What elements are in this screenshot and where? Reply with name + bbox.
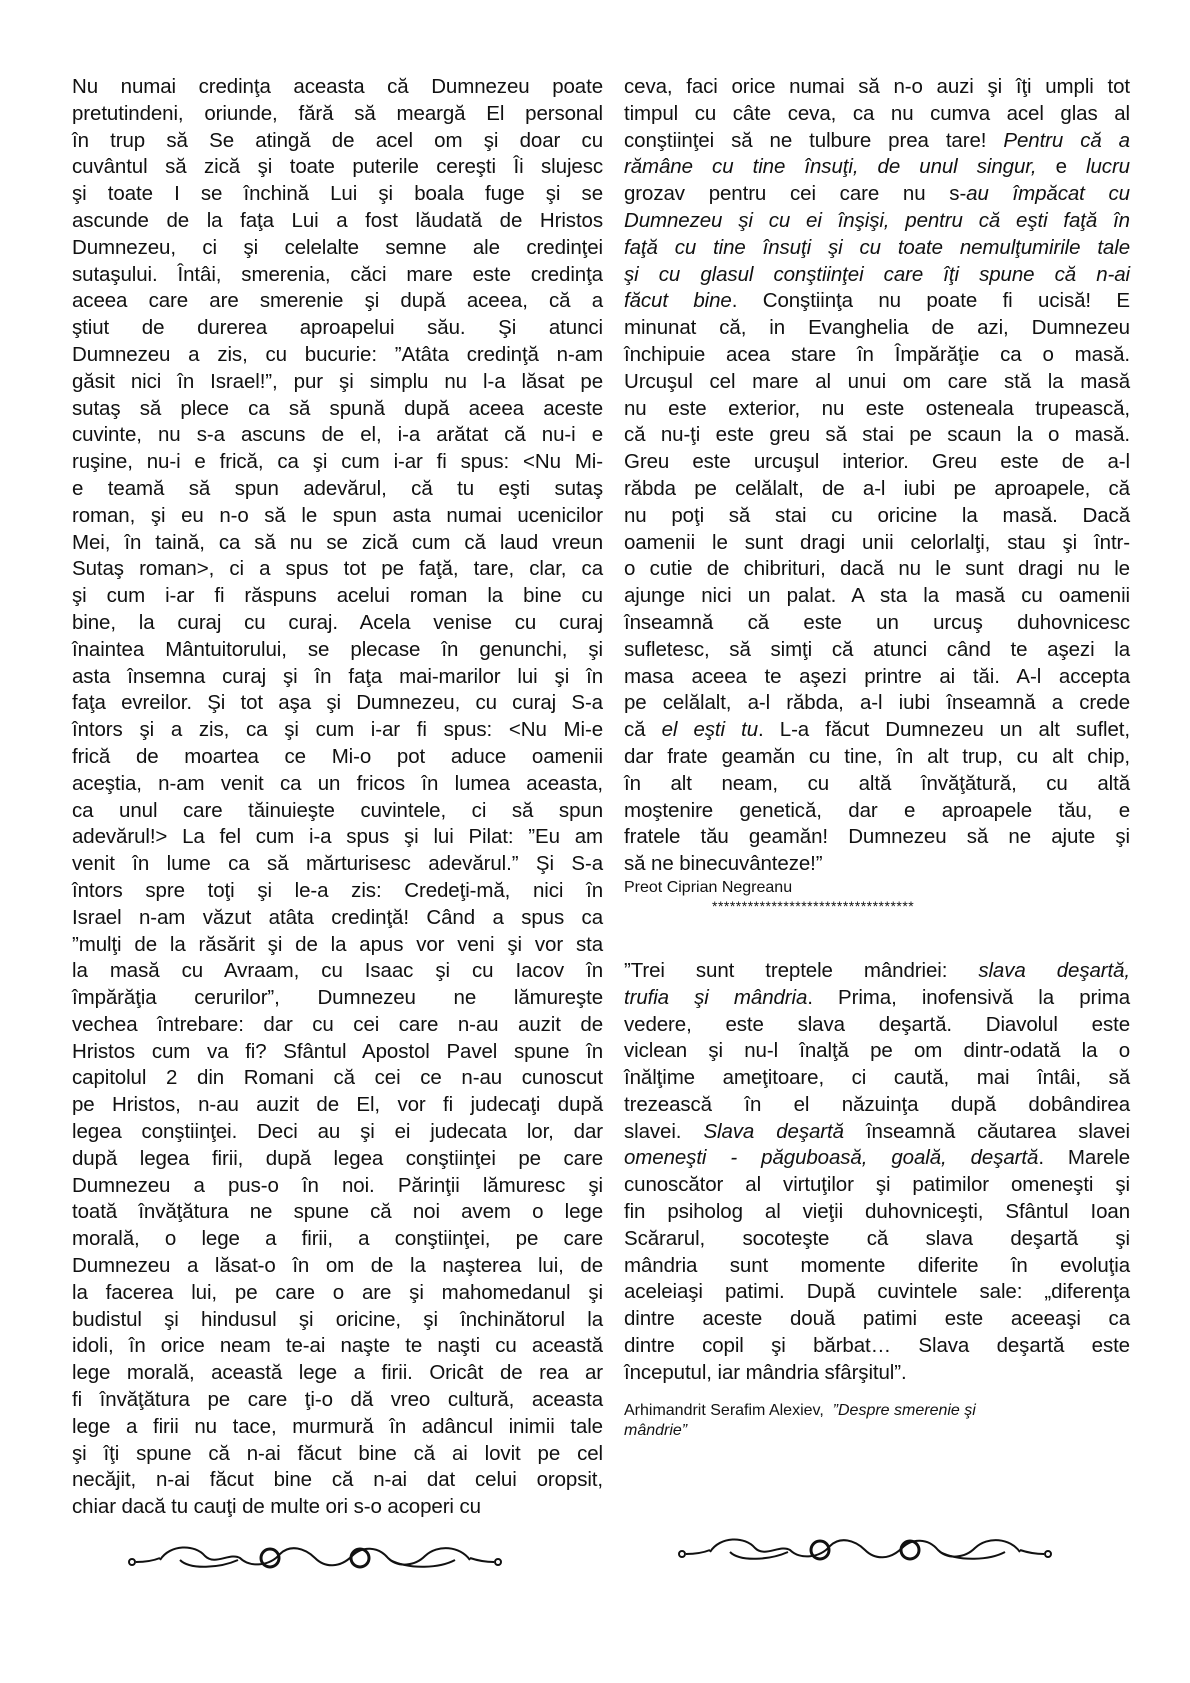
text: viclean şi nu-l înalţă pe om dintr-odată…	[624, 1039, 1130, 1062]
text-line: aceştia, n-am venit ca un fricos în lume…	[72, 771, 603, 798]
text-line: întors spre toţi şi le-a zis: Credeţi-mă…	[72, 878, 603, 905]
text: cuvântul să zică şi toate puterile cereş…	[72, 155, 603, 178]
text: fin psiholog al vieţii duhovniceşti, Sfâ…	[624, 1200, 1130, 1223]
text: la facerea lui, pe care o are şi mahomed…	[72, 1281, 603, 1304]
text: lege a firii nu tace, murmură în adâncul…	[72, 1415, 603, 1438]
text: fi învăţătura pe care ţi-o dă vreo cultu…	[72, 1388, 603, 1411]
text: Nu numai credinţa aceasta că Dumnezeu po…	[72, 75, 603, 98]
text: găsit nici în Israel!”, pur şi simplu nu…	[72, 370, 603, 393]
text: moştenire genetică, dar e aproapele tău,…	[624, 799, 1130, 822]
text-line: Nu numai credinţa aceasta că Dumnezeu po…	[72, 74, 603, 101]
text-line: făcut bine. Conştiinţa nu poate fi ucisă…	[624, 288, 1130, 315]
text: împărăţia cerurilor”, Dumnezeu ne lămure…	[72, 986, 603, 1009]
text-line: să ne binecuvânteze!”	[624, 851, 1130, 878]
text-line: Sutaş roman>, ci a spus tot pe faţă, tar…	[72, 556, 603, 583]
text-line: o cutie de chibrituri, dacă nu le sunt d…	[624, 556, 1130, 583]
text: . Prima, inofensivă la prima	[807, 986, 1130, 1009]
text-line: înaintea Mântuitorului, se plecase în ge…	[72, 637, 603, 664]
text: pe celălalt, a-l răbda, a-l iubi înseamn…	[624, 691, 1130, 714]
text-line: după legea firii, după legea conştiinţei…	[72, 1146, 603, 1173]
text-line: timpul cu câte ceva, ca nu cumva acel gl…	[624, 101, 1130, 128]
text: o cutie de chibrituri, dacă nu le sunt d…	[624, 557, 1130, 580]
text-line: cuvântul să zică şi toate puterile cereş…	[72, 154, 603, 181]
text-line: capitolul 2 din Romani că cei ce n-au cu…	[72, 1065, 603, 1092]
text: răbda pe celălalt, de a-l iubi pe aproap…	[624, 477, 1130, 500]
text: vedere, este slava deşartă. Diavolul est…	[624, 1013, 1130, 1036]
text-line: chiar dacă tu cauţi de multe ori s-o aco…	[72, 1494, 603, 1521]
text: sutaş să plece ca să spună după aceea ac…	[72, 397, 603, 420]
text-line: oamenii le sunt dragi unii celorlalţi, s…	[624, 530, 1130, 557]
text: legea conştiinţei. Deci au şi ei judecat…	[72, 1120, 603, 1143]
text: Dumnezeu a zis, cu bucurie: ”Atâta credi…	[72, 343, 603, 366]
text: ruşine, nu-i e frică, ca şi cum i-ar fi …	[72, 450, 603, 473]
attribution-work: ”Despre smerenie şi	[833, 1402, 976, 1419]
text: timpul cu câte ceva, ca nu cumva acel gl…	[624, 102, 1130, 125]
text-line: la masă cu Avraam, cu Isaac şi cu Iacov …	[72, 958, 603, 985]
italic-text: Slava deşartă	[703, 1120, 843, 1143]
left-column: Nu numai credinţa aceasta că Dumnezeu po…	[72, 74, 603, 1521]
text-line: Urcuşul cel mare al unui om care stă la …	[624, 369, 1130, 396]
text-line: şi cum i-ar fi răspuns acelui roman la b…	[72, 583, 603, 610]
text: în alt neam, cu altă învăţătură, cu altă	[624, 772, 1130, 795]
text: Mei, în taină, ca să nu se zică cum că l…	[72, 531, 603, 554]
text-line: ruşine, nu-i e frică, ca şi cum i-ar fi …	[72, 449, 603, 476]
text-line: ca unul care tăinuieşte cuvintele, ci să…	[72, 798, 603, 825]
text: fratele tău geamăn! Dumnezeu să ne ajute…	[624, 825, 1130, 848]
italic-text: făcut bine	[624, 289, 732, 312]
text: bine, la curaj cu curaj. Acela venise cu…	[72, 611, 603, 634]
text-line: Scărarul, socoteşte că slava deşartă şi	[624, 1226, 1130, 1253]
text-line: moştenire genetică, dar e aproapele tău,…	[624, 798, 1130, 825]
text-line: cunoscător al virtuţilor şi patimilor om…	[624, 1172, 1130, 1199]
text: să ne binecuvânteze!”	[624, 852, 822, 875]
text: grozav pentru cei care nu s-	[624, 182, 966, 205]
text: ştiut de durerea aproapelui său. Şi atun…	[72, 316, 603, 339]
text: dintre aceste două patimi este aceeaşi c…	[624, 1307, 1130, 1330]
text: ”Trei sunt treptele mândriei:	[624, 959, 978, 982]
text: şi îţi spune că n-ai făcut bine că ai lo…	[72, 1442, 603, 1465]
spacer	[624, 936, 1130, 958]
text: minunat că, in Evanghelia de azi, Dumnez…	[624, 316, 1130, 339]
text-line: Mei, în taină, ca să nu se zică cum că l…	[72, 530, 603, 557]
text: Dumnezeu, ci şi celelalte semne ale cred…	[72, 236, 603, 259]
text: ajunge nici un palat. A sta la masă cu o…	[624, 584, 1130, 607]
text-line: budistul şi hindusul şi oricine, şi înch…	[72, 1307, 603, 1334]
text: idoli, în orice neam te-ai naşte te naşt…	[72, 1334, 603, 1357]
text-line: e teamă să spun adevărul, că tu eşti sut…	[72, 476, 603, 503]
text-line: pe celălalt, a-l răbda, a-l iubi înseamn…	[624, 690, 1130, 717]
text-line: necăjit, n-ai făcut bine că n-ai dat cel…	[72, 1467, 603, 1494]
text-line: adevărul!> La fel cum i-a spus şi lui Pi…	[72, 824, 603, 851]
text: chiar dacă tu cauţi de multe ori s-o aco…	[72, 1495, 481, 1518]
flourish-ornament-icon	[670, 1530, 1060, 1570]
text: pe Hristos, n-au auzit de El, vor fi jud…	[72, 1093, 603, 1116]
text: e	[1056, 155, 1086, 178]
text: în trup să Se atingă de acel om şi doar …	[72, 129, 603, 152]
text-line: ştiut de durerea aproapelui său. Şi atun…	[72, 315, 603, 342]
text: Israel n-am văzut atâta credinţă! Când a…	[72, 906, 603, 929]
article-conscience: ceva, faci orice numai să n-o auzi şi îţ…	[624, 74, 1130, 878]
text-line: în alt neam, cu altă învăţătură, cu altă	[624, 771, 1130, 798]
italic-text: slava deşartă,	[978, 959, 1130, 982]
text-line: închipuie acea stare în Împărăţie ca o m…	[624, 342, 1130, 369]
text: ca unul care tăinuieşte cuvintele, ci să…	[72, 799, 603, 822]
italic-text: omeneşti - păguboasă, goală, deşartă	[624, 1146, 1038, 1169]
text-line: lege a firii nu tace, murmură în adâncul…	[72, 1414, 603, 1441]
italic-text: rămâne cu tine însuţi, de unul singur,	[624, 155, 1056, 178]
text-line: omeneşti - păguboasă, goală, deşartă. Ma…	[624, 1145, 1130, 1172]
text-line: Dumnezeu şi cu ei înşişi, pentru că eşti…	[624, 208, 1130, 235]
text-line: morală, o lege a firii, a conştiinţei, p…	[72, 1226, 603, 1253]
text: ”mulţi de la răsărit şi de la apus vor v…	[72, 933, 603, 956]
text: mândria sunt momente diferite în evoluţi…	[624, 1254, 1130, 1277]
text-line: ajunge nici un palat. A sta la masă cu o…	[624, 583, 1130, 610]
text: . Marele	[1038, 1146, 1130, 1169]
text: întors spre toţi şi le-a zis: Credeţi-mă…	[72, 879, 603, 902]
text-line: dintre aceste două patimi este aceeaşi c…	[624, 1306, 1130, 1333]
text: Urcuşul cel mare al unui om care stă la …	[624, 370, 1130, 393]
attribution-work-cont: mândrie”	[624, 1422, 687, 1439]
text-line: că nu-ţi este greu să stai pe scaun la o…	[624, 422, 1130, 449]
text: sutaşului. Întâi, smerenia, căci mare es…	[72, 263, 603, 286]
text: e teamă să spun adevărul, că tu eşti sut…	[72, 477, 603, 500]
text-line: şi cu glasul conştiinţei care îţi spune …	[624, 262, 1130, 289]
text: capitolul 2 din Romani că cei ce n-au cu…	[72, 1066, 603, 1089]
article-pride-quote: ”Trei sunt treptele mândriei: slava deşa…	[624, 958, 1130, 1387]
text: cunoscător al virtuţilor şi patimilor om…	[624, 1173, 1130, 1196]
text-line: faţă cu tine însuţi şi cu toate nemulţum…	[624, 235, 1130, 262]
text: trezească în el năzuinţa după dobândirea	[624, 1093, 1130, 1116]
text-line: grozav pentru cei care nu s-au împăcat c…	[624, 181, 1130, 208]
text-line: faţa evreilor. Şi tot aşa şi Dumnezeu, c…	[72, 690, 603, 717]
text: că nu-ţi este greu să stai pe scaun la o…	[624, 423, 1130, 446]
section-separator: **********************************	[624, 898, 1130, 914]
text: lege morală, această lege a firii. Oricâ…	[72, 1361, 603, 1384]
quote-attribution: Arhimandrit Serafim Alexiev, ”Despre sme…	[624, 1401, 1130, 1441]
text-line: legea conştiinţei. Deci au şi ei judecat…	[72, 1119, 603, 1146]
attribution-author: Arhimandrit Serafim Alexiev,	[624, 1402, 824, 1419]
italic-text: lucru	[1086, 155, 1130, 178]
text-line: în trup să Se atingă de acel om şi doar …	[72, 128, 603, 155]
text: Sutaş roman>, ci a spus tot pe faţă, tar…	[72, 557, 603, 580]
text: şi cum i-ar fi răspuns acelui roman la b…	[72, 584, 603, 607]
text: Dumnezeu a pus-o în noi. Părinţii lămure…	[72, 1174, 603, 1197]
text-line: lege morală, această lege a firii. Oricâ…	[72, 1360, 603, 1387]
text-line: nu poţi să stai cu oricine la masă. Dacă	[624, 503, 1130, 530]
text-line: vechea întrebare: dar cu cei care n-au a…	[72, 1012, 603, 1039]
right-column: ceva, faci orice numai să n-o auzi şi îţ…	[624, 74, 1130, 1441]
text: Dumnezeu a lăsat-o în om de la naşterea …	[72, 1254, 603, 1277]
text: întors şi a zis, ca şi cum i-ar fi spus:…	[72, 718, 603, 741]
text: Scărarul, socoteşte că slava deşartă şi	[624, 1227, 1130, 1250]
text-line: şi toate I se închină Lui şi boala fuge …	[72, 181, 603, 208]
text-line: nu este exterior, nu este osteneala trup…	[624, 396, 1130, 423]
text: începutul, iar mândria sfârşitul”.	[624, 1361, 907, 1384]
text: cuvinte, nu s-a ascuns de el, i-a arătat…	[72, 423, 603, 446]
text: înseamnă că este un urcuş duhovnicesc	[624, 611, 1130, 634]
italic-text: el eşti tu	[662, 718, 758, 741]
text-line: toată învăţătura ne spune că noi avem o …	[72, 1199, 603, 1226]
text: . Conştiinţa nu poate fi ucisă! E	[732, 289, 1130, 312]
text-line: rămâne cu tine însuţi, de unul singur, e…	[624, 154, 1130, 181]
text-line: fi învăţătura pe care ţi-o dă vreo cultu…	[72, 1387, 603, 1414]
article-author: Preot Ciprian Negreanu	[624, 878, 1130, 898]
text: pretutindeni, oriunde, fără să meargă El…	[72, 102, 603, 125]
text-line: Dumnezeu, ci şi celelalte semne ale cred…	[72, 235, 603, 262]
text: faţa evreilor. Şi tot aşa şi Dumnezeu, c…	[72, 691, 603, 714]
text-line: venit în lume ca să mărturisesc adevărul…	[72, 851, 603, 878]
text: roman, şi eu n-o să le spun asta numai u…	[72, 504, 603, 527]
text-line: ceva, faci orice numai să n-o auzi şi îţ…	[624, 74, 1130, 101]
italic-text: Pentru că a	[1003, 129, 1130, 152]
text: că	[624, 718, 662, 741]
text-line: slavei. Slava deşartă înseamnă căutarea …	[624, 1119, 1130, 1146]
text-line: sufletesc, să simţi că atunci când te aş…	[624, 637, 1130, 664]
italic-text: au împăcat cu	[966, 182, 1130, 205]
text-line: fin psiholog al vieţii duhovniceşti, Sfâ…	[624, 1199, 1130, 1226]
italic-text: Dumnezeu şi cu ei înşişi, pentru că eşti…	[624, 209, 1130, 232]
text-line: viclean şi nu-l înalţă pe om dintr-odată…	[624, 1038, 1130, 1065]
text: nu poţi să stai cu oricine la masă. Dacă	[624, 504, 1130, 527]
text: sufletesc, să simţi că atunci când te aş…	[624, 638, 1130, 661]
text: dintre copil şi bărbat… Slava deşartă es…	[624, 1334, 1130, 1357]
spacer	[624, 914, 1130, 936]
text-line: roman, şi eu n-o să le spun asta numai u…	[72, 503, 603, 530]
text-line: aceleiaşi patimi. După cuvintele sale: „…	[624, 1279, 1130, 1306]
text-line: la facerea lui, pe care o are şi mahomed…	[72, 1280, 603, 1307]
text: necăjit, n-ai făcut bine că n-ai dat cel…	[72, 1468, 603, 1491]
text: slavei.	[624, 1120, 703, 1143]
text: la masă cu Avraam, cu Isaac şi cu Iacov …	[72, 959, 603, 982]
text: conştiinţei să ne tulbure prea tare!	[624, 129, 1003, 152]
text: ascunde de la faţa Lui a fost lăudată de…	[72, 209, 603, 232]
text: dar frate geamăn cu tine, în alt trup, c…	[624, 745, 1130, 768]
text-line: bine, la curaj cu curaj. Acela venise cu…	[72, 610, 603, 637]
text: frică de moartea ce Mi-o pot aduce oamen…	[72, 745, 603, 768]
text-line: că el eşti tu. L-a făcut Dumnezeu un alt…	[624, 717, 1130, 744]
text: înălţime ameţitoare, ci caută, mai întâi…	[624, 1066, 1130, 1089]
text-line: Dumnezeu a pus-o în noi. Părinţii lămure…	[72, 1173, 603, 1200]
text-line: întors şi a zis, ca şi cum i-ar fi spus:…	[72, 717, 603, 744]
text: aceştia, n-am venit ca un fricos în lume…	[72, 772, 603, 795]
text: . L-a făcut Dumnezeu un alt suflet,	[758, 718, 1130, 741]
text: înaintea Mântuitorului, se plecase în ge…	[72, 638, 603, 661]
text-line: înălţime ameţitoare, ci caută, mai întâi…	[624, 1065, 1130, 1092]
italic-text: trufia şi mândria	[624, 986, 807, 1009]
text: ceva, faci orice numai să n-o auzi şi îţ…	[624, 75, 1130, 98]
text-line: Dumnezeu a lăsat-o în om de la naşterea …	[72, 1253, 603, 1280]
text: nu este exterior, nu este osteneala trup…	[624, 397, 1130, 420]
text: budistul şi hindusul şi oricine, şi înch…	[72, 1308, 603, 1331]
text: venit în lume ca să mărturisesc adevărul…	[72, 852, 603, 875]
text-line: Israel n-am văzut atâta credinţă! Când a…	[72, 905, 603, 932]
flourish-ornament-icon	[120, 1538, 510, 1578]
text-line: idoli, în orice neam te-ai naşte te naşt…	[72, 1333, 603, 1360]
text: după legea firii, după legea conştiinţei…	[72, 1147, 603, 1170]
text-line: vedere, este slava deşartă. Diavolul est…	[624, 1012, 1130, 1039]
text-line: răbda pe celălalt, de a-l iubi pe aproap…	[624, 476, 1130, 503]
text: oamenii le sunt dragi unii celorlalţi, s…	[624, 531, 1130, 554]
text: Greu este urcuşul interior. Greu este de…	[624, 450, 1130, 473]
text: aceleiaşi patimi. După cuvintele sale: „…	[624, 1280, 1130, 1303]
text-line: ”mulţi de la răsărit şi de la apus vor v…	[72, 932, 603, 959]
text-line: şi îţi spune că n-ai făcut bine că ai lo…	[72, 1441, 603, 1468]
text-line: dar frate geamăn cu tine, în alt trup, c…	[624, 744, 1130, 771]
text-line: împărăţia cerurilor”, Dumnezeu ne lămure…	[72, 985, 603, 1012]
text-line: găsit nici în Israel!”, pur şi simplu nu…	[72, 369, 603, 396]
text-line: înseamnă că este un urcuş duhovnicesc	[624, 610, 1130, 637]
text-line: asta însemna curaj şi în faţa mai-marilo…	[72, 664, 603, 691]
text-line: pe Hristos, n-au auzit de El, vor fi jud…	[72, 1092, 603, 1119]
text-line: sutaşului. Întâi, smerenia, căci mare es…	[72, 262, 603, 289]
text-line: conştiinţei să ne tulbure prea tare! Pen…	[624, 128, 1130, 155]
text-line: frică de moartea ce Mi-o pot aduce oamen…	[72, 744, 603, 771]
text-line: începutul, iar mândria sfârşitul”.	[624, 1360, 1130, 1387]
text: asta însemna curaj şi în faţa mai-marilo…	[72, 665, 603, 688]
text-line: minunat că, in Evanghelia de azi, Dumnez…	[624, 315, 1130, 342]
text: închipuie acea stare în Împărăţie ca o m…	[624, 343, 1130, 366]
text-line: Greu este urcuşul interior. Greu este de…	[624, 449, 1130, 476]
text: şi toate I se închină Lui şi boala fuge …	[72, 182, 603, 205]
text: morală, o lege a firii, a conştiinţei, p…	[72, 1227, 603, 1250]
text: înseamnă căutarea slavei	[844, 1120, 1130, 1143]
text: aceea care are smerenie şi după aceea, c…	[72, 289, 603, 312]
text-line: trezească în el năzuinţa după dobândirea	[624, 1092, 1130, 1119]
text-line: mândria sunt momente diferite în evoluţi…	[624, 1253, 1130, 1280]
text-line: trufia şi mândria. Prima, inofensivă la …	[624, 985, 1130, 1012]
text: adevărul!> La fel cum i-a spus şi lui Pi…	[72, 825, 603, 848]
text-line: sutaş să plece ca să spună după aceea ac…	[72, 396, 603, 423]
text: vechea întrebare: dar cu cei care n-au a…	[72, 1013, 603, 1036]
italic-text: faţă cu tine însuţi şi cu toate nemulţum…	[624, 236, 1130, 259]
text-line: dintre copil şi bărbat… Slava deşartă es…	[624, 1333, 1130, 1360]
text-line: aceea care are smerenie şi după aceea, c…	[72, 288, 603, 315]
text: toată învăţătura ne spune că noi avem o …	[72, 1200, 603, 1223]
italic-text: şi cu glasul conştiinţei care îţi spune …	[624, 263, 1130, 286]
text-line: masa aceea te aşezi printre ai tăi. A-l …	[624, 664, 1130, 691]
text: Hristos cum va fi? Sfântul Apostol Pavel…	[72, 1040, 603, 1063]
text-line: ascunde de la faţa Lui a fost lăudată de…	[72, 208, 603, 235]
text: masa aceea te aşezi printre ai tăi. A-l …	[624, 665, 1130, 688]
text-line: Dumnezeu a zis, cu bucurie: ”Atâta credi…	[72, 342, 603, 369]
text-line: pretutindeni, oriunde, fără să meargă El…	[72, 101, 603, 128]
text-line: fratele tău geamăn! Dumnezeu să ne ajute…	[624, 824, 1130, 851]
text-line: ”Trei sunt treptele mândriei: slava deşa…	[624, 958, 1130, 985]
text-line: cuvinte, nu s-a ascuns de el, i-a arătat…	[72, 422, 603, 449]
text-line: Hristos cum va fi? Sfântul Apostol Pavel…	[72, 1039, 603, 1066]
